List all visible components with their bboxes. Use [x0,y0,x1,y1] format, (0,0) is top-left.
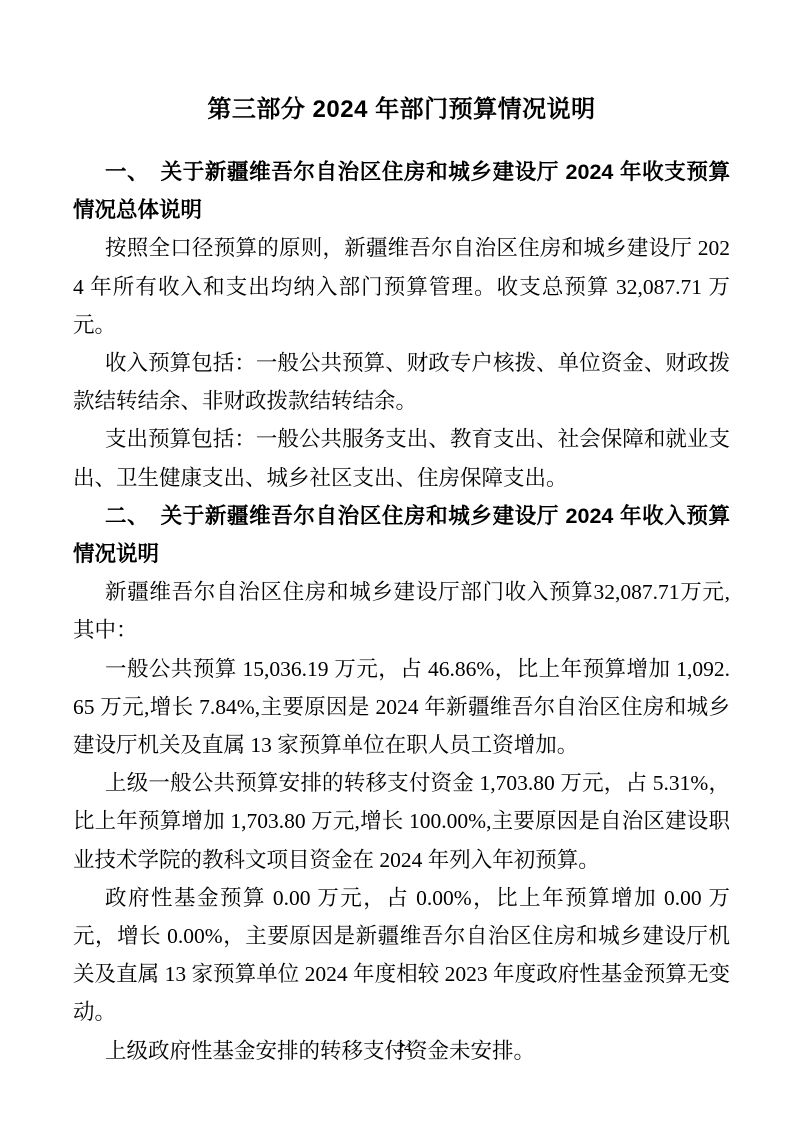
paragraph-income-budget-includes: 收入预算包括：一般公共预算、财政专户核拨、单位资金、财政拨款结转结余、非财政拨款… [73,344,730,420]
page-number: 24 [0,1040,808,1057]
section-heading-income-budget: 二、 关于新疆维吾尔自治区住房和城乡建设厅 2024 年收入预算情况说明 [73,497,730,573]
paragraph-expenditure-budget-includes: 支出预算包括：一般公共服务支出、教育支出、社会保障和就业支出、卫生健康支出、城乡… [73,420,730,496]
paragraph-government-fund-budget: 政府性基金预算 0.00 万元，占 0.00%，比上年预算增加 0.00 万元，… [73,879,730,1032]
document-page: 第三部分 2024 年部门预算情况说明 一、 关于新疆维吾尔自治区住房和城乡建设… [0,0,808,1143]
paragraph-department-income-budget: 新疆维吾尔自治区住房和城乡建设厅部门收入预算32,087.71万元,其中： [73,573,730,649]
paragraph-total-budget: 按照全口径预算的原则，新疆维吾尔自治区住房和城乡建设厅 2024 年所有收入和支… [73,229,730,344]
paragraph-general-public-budget: 一般公共预算 15,036.19 万元，占 46.86%，比上年预算增加 1,0… [73,650,730,765]
section-heading-income-expenditure-overview: 一、 关于新疆维吾尔自治区住房和城乡建设厅 2024 年收支预算情况总体说明 [73,153,730,229]
document-title: 第三部分 2024 年部门预算情况说明 [73,95,730,125]
paragraph-transfer-payment-funds: 上级一般公共预算安排的转移支付资金 1,703.80 万元，占 5.31%，比上… [73,764,730,879]
document-content: 第三部分 2024 年部门预算情况说明 一、 关于新疆维吾尔自治区住房和城乡建设… [73,95,730,1070]
